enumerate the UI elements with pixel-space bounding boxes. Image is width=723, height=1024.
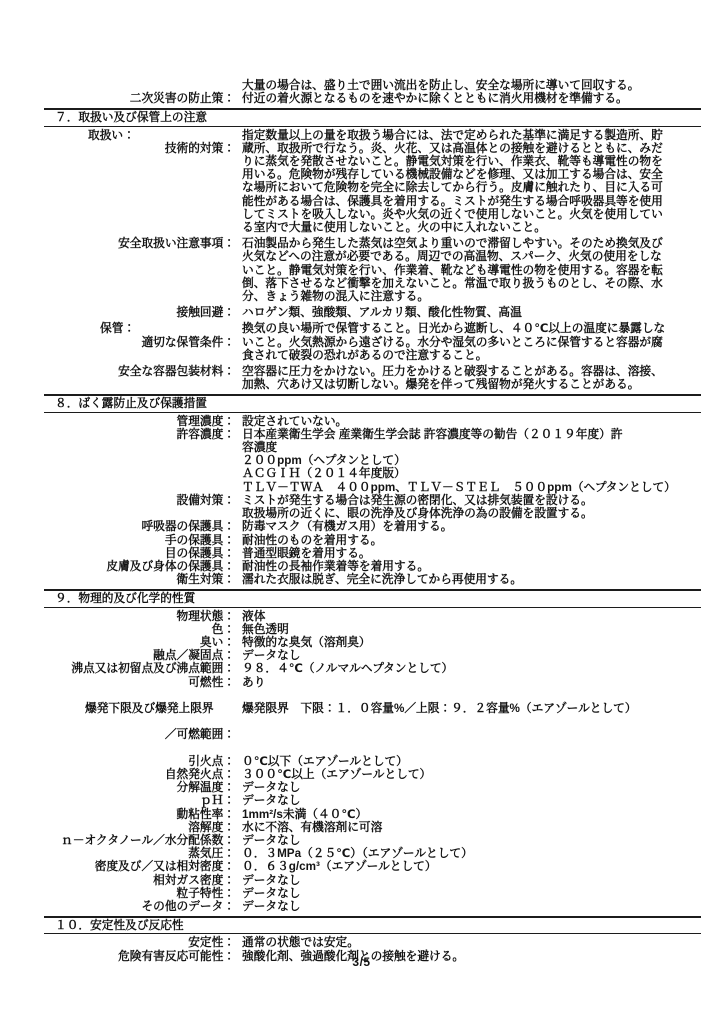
field-value: データなし <box>235 874 697 887</box>
field-label: 安全取扱い注意事項： <box>55 237 235 250</box>
field-label: 呼吸器の保護具： <box>55 520 235 533</box>
document-content: 大量の場合は、盛り土で囲い流出を防止し、安全な場所に導いて回収する。 二次災害の… <box>0 0 723 963</box>
field-value: データなし <box>235 900 697 913</box>
field-row: 物理状態： 液体 <box>55 610 697 623</box>
field-row: 皮膚及び身体の保護具： 耐油性の長袖作業着等を着用する。 <box>55 560 697 573</box>
field-label: 衛生対策： <box>55 573 235 586</box>
field-row: 溶解度： 水に不溶、有機溶剤に可溶 <box>55 821 697 834</box>
field-label: 手の保護具： <box>55 534 235 547</box>
field-value: 日本産業衛生学会 産業衛生学会誌 許容濃度等の勧告（２０１９年度）許 容濃度 ２… <box>235 428 697 494</box>
field-value: 通常の状態では安定。 <box>235 936 697 949</box>
field-row: ｐＨ： データなし <box>55 794 697 807</box>
field-row: 相対ガス密度： データなし <box>55 874 697 887</box>
field-row: 大量の場合は、盛り土で囲い流出を防止し、安全な場所に導いて回収する。 <box>55 79 697 92</box>
field-label: 蒸気圧： <box>55 847 235 860</box>
field-value: 空容器に圧力をかけない。圧力をかけると破裂することがある。容器は、溶接、 加熱、… <box>235 365 697 391</box>
field-value: ミストが発生する場合は発生源の密閉化、又は排気装置を設ける。 取扱場所の近くに、… <box>235 494 697 520</box>
field-label: 目の保護具： <box>55 547 235 560</box>
field-label-line1: 爆発下限及び爆発上限界 <box>55 702 235 715</box>
field-value: あり <box>235 676 697 689</box>
field-row: 許容濃度： 日本産業衛生学会 産業衛生学会誌 許容濃度等の勧告（２０１９年度）許… <box>55 428 697 494</box>
section-divider <box>44 126 701 127</box>
page-number: 3/5 <box>0 956 723 969</box>
field-label: 自然発火点： <box>55 768 235 781</box>
field-label: 保管：適切な保管条件： <box>55 322 235 348</box>
field-label: 密度及び／又は相対密度： <box>55 860 235 873</box>
field-value: 爆発限界 下限：１．０容量%／上限：９．２容量%（エアゾールとして） <box>235 689 697 715</box>
field-row: 呼吸器の保護具： 防毒マスク（有機ガス用）を着用する。 <box>55 520 697 533</box>
field-label: 許容濃度： <box>55 428 235 441</box>
field-label: 物理状態： <box>55 610 235 623</box>
field-row: 密度及び／又は相対密度： ０．６３g/cm³（エアゾールとして） <box>55 860 697 873</box>
field-value: ハロゲン類、強酸類、アルカリ類、酸化性物質、高温 <box>235 306 697 319</box>
section-title-9: ９．物理的及び化学的性質 <box>55 591 697 605</box>
field-row: 手の保護具： 耐油性のものを着用する。 <box>55 534 697 547</box>
field-row: 取扱い：技術的対策： 指定数量以上の量を取扱う場合には、法で定められた基準に満足… <box>55 129 697 235</box>
field-label: 皮膚及び身体の保護具： <box>55 560 235 573</box>
field-label: 爆発下限及び爆発上限界 ／可燃範囲： <box>55 689 235 755</box>
section-divider <box>44 607 701 608</box>
field-group-label: 取扱い： <box>88 129 135 142</box>
field-row: その他のデータ： データなし <box>55 900 697 913</box>
field-value: 防毒マスク（有機ガス用）を着用する。 <box>235 520 697 533</box>
field-value: ０．６３g/cm³（エアゾールとして） <box>235 860 697 873</box>
field-label-text: 技術的対策： <box>165 142 235 155</box>
field-value: データなし <box>235 781 697 794</box>
field-label-line2: ／可燃範囲： <box>55 728 235 741</box>
field-label: ｎ－オクタノール／水分配係数： <box>55 834 235 847</box>
field-value: ０．３MPa（２５℃）（エアゾールとして） <box>235 847 697 860</box>
field-value: 濡れた衣服は脱ぎ、完全に洗浄してから再使用する。 <box>235 573 697 586</box>
field-value: ９８．４℃（ノルマルヘプタンとして） <box>235 662 697 675</box>
field-label: 分解温度： <box>55 781 235 794</box>
sds-document-page: 大量の場合は、盛り土で囲い流出を防止し、安全な場所に導いて回収する。 二次災害の… <box>0 0 723 1024</box>
section-divider <box>44 933 701 934</box>
field-value: データなし <box>235 834 697 847</box>
field-row: 安全取扱い注意事項： 石油製品から発生した蒸気は空気より重いので滞留しやすい。そ… <box>55 237 697 303</box>
section-divider <box>44 412 701 413</box>
field-row: 二次災害の防止策： 付近の着火源となるものを速やかに除くとともに消火用機材を準備… <box>55 92 697 105</box>
field-row: 安全な容器包装材料： 空容器に圧力をかけない。圧力をかけると破裂することがある。… <box>55 365 697 391</box>
field-label: 臭い： <box>55 636 235 649</box>
field-label-text: 適切な保管条件： <box>141 336 235 349</box>
field-label: 沸点又は初留点及び沸点範囲： <box>55 662 235 675</box>
field-row: 接触回避： ハロゲン類、強酸類、アルカリ類、酸化性物質、高温 <box>55 306 697 319</box>
field-row: 融点／凝固点： データなし <box>55 649 697 662</box>
field-label: 粒子特性： <box>55 887 235 900</box>
field-value: ３００℃以上（エアゾールとして） <box>235 768 697 781</box>
field-label: 溶解度： <box>55 821 235 834</box>
field-value: 普通型眼鏡を着用する。 <box>235 547 697 560</box>
field-row: 目の保護具： 普通型眼鏡を着用する。 <box>55 547 697 560</box>
field-value: 液体 <box>235 610 697 623</box>
field-row-explosive-limits: 爆発下限及び爆発上限界 ／可燃範囲： 爆発限界 下限：１．０容量%／上限：９．２… <box>55 689 697 755</box>
field-value: データなし <box>235 649 697 662</box>
field-label: 取扱い：技術的対策： <box>55 129 235 155</box>
field-label: 融点／凝固点： <box>55 649 235 662</box>
field-label: ｐＨ： <box>55 794 235 807</box>
field-value: 付近の着火源となるものを速やかに除くとともに消火用機材を準備する。 <box>235 92 697 105</box>
field-row: 設備対策： ミストが発生する場合は発生源の密閉化、又は排気装置を設ける。 取扱場… <box>55 494 697 520</box>
field-value: データなし <box>235 794 697 807</box>
field-value: 耐油性のものを着用する。 <box>235 534 697 547</box>
field-row: 臭い： 特徴的な臭気（溶剤臭） <box>55 636 697 649</box>
field-value: データなし <box>235 887 697 900</box>
field-value: 無色透明 <box>235 623 697 636</box>
field-label: その他のデータ： <box>55 900 235 913</box>
field-label: 動粘性率： <box>55 808 235 821</box>
field-label: 相対ガス密度： <box>55 874 235 887</box>
field-row: 分解温度： データなし <box>55 781 697 794</box>
field-row: 保管：適切な保管条件： 換気の良い場所で保管すること。日光から遮断し、４０℃以上… <box>55 322 697 362</box>
field-label: 管理濃度： <box>55 415 235 428</box>
field-value: 水に不溶、有機溶剤に可溶 <box>235 821 697 834</box>
field-row: 粒子特性： データなし <box>55 887 697 900</box>
field-value: 換気の良い場所で保管すること。日光から遮断し、４０℃以上の温度に暴露しな いこと… <box>235 322 697 362</box>
field-row: 蒸気圧： ０．３MPa（２５℃）（エアゾールとして） <box>55 847 697 860</box>
section-title-8: ８．ばく露防止及び保護措置 <box>55 396 697 410</box>
field-value: 1mm²/s未満（４０℃） <box>235 808 697 821</box>
field-label: 引火点： <box>55 755 235 768</box>
field-value: 石油製品から発生した蒸気は空気より重いので滞留しやすい。そのため換気及び 火気な… <box>235 237 697 303</box>
field-label: 可燃性： <box>55 676 235 689</box>
field-label: 二次災害の防止策： <box>55 92 235 105</box>
field-row: 自然発火点： ３００℃以上（エアゾールとして） <box>55 768 697 781</box>
field-label: 設備対策： <box>55 494 235 507</box>
field-value: 特徴的な臭気（溶剤臭） <box>235 636 697 649</box>
field-value: 設定されていない。 <box>235 415 697 428</box>
field-row: 引火点： ０℃以下（エアゾールとして） <box>55 755 697 768</box>
field-label: 安全な容器包装材料： <box>55 365 235 378</box>
field-value: 指定数量以上の量を取扱う場合には、法で定められた基準に満足する製造所、貯 蔵所、… <box>235 129 697 235</box>
field-label: 安定性： <box>55 936 235 949</box>
field-value: 耐油性の長袖作業着等を着用する。 <box>235 560 697 573</box>
field-value: ０℃以下（エアゾールとして） <box>235 755 697 768</box>
field-row: 安定性： 通常の状態では安定。 <box>55 936 697 949</box>
field-group-label: 保管： <box>100 322 135 335</box>
field-row: 衛生対策： 濡れた衣服は脱ぎ、完全に洗浄してから再使用する。 <box>55 573 697 586</box>
field-row: 管理濃度： 設定されていない。 <box>55 415 697 428</box>
field-label: 色： <box>55 623 235 636</box>
field-row: 可燃性： あり <box>55 676 697 689</box>
field-row: 色： 無色透明 <box>55 623 697 636</box>
field-label: 接触回避： <box>55 306 235 319</box>
section-title-7: ７．取扱い及び保管上の注意 <box>55 110 697 124</box>
field-row: ｎ－オクタノール／水分配係数： データなし <box>55 834 697 847</box>
section-title-10: １０．安定性及び反応性 <box>55 918 697 932</box>
field-value: 大量の場合は、盛り土で囲い流出を防止し、安全な場所に導いて回収する。 <box>235 79 697 92</box>
field-row: 動粘性率： 1mm²/s未満（４０℃） <box>55 808 697 821</box>
field-row: 沸点又は初留点及び沸点範囲： ９８．４℃（ノルマルヘプタンとして） <box>55 662 697 675</box>
